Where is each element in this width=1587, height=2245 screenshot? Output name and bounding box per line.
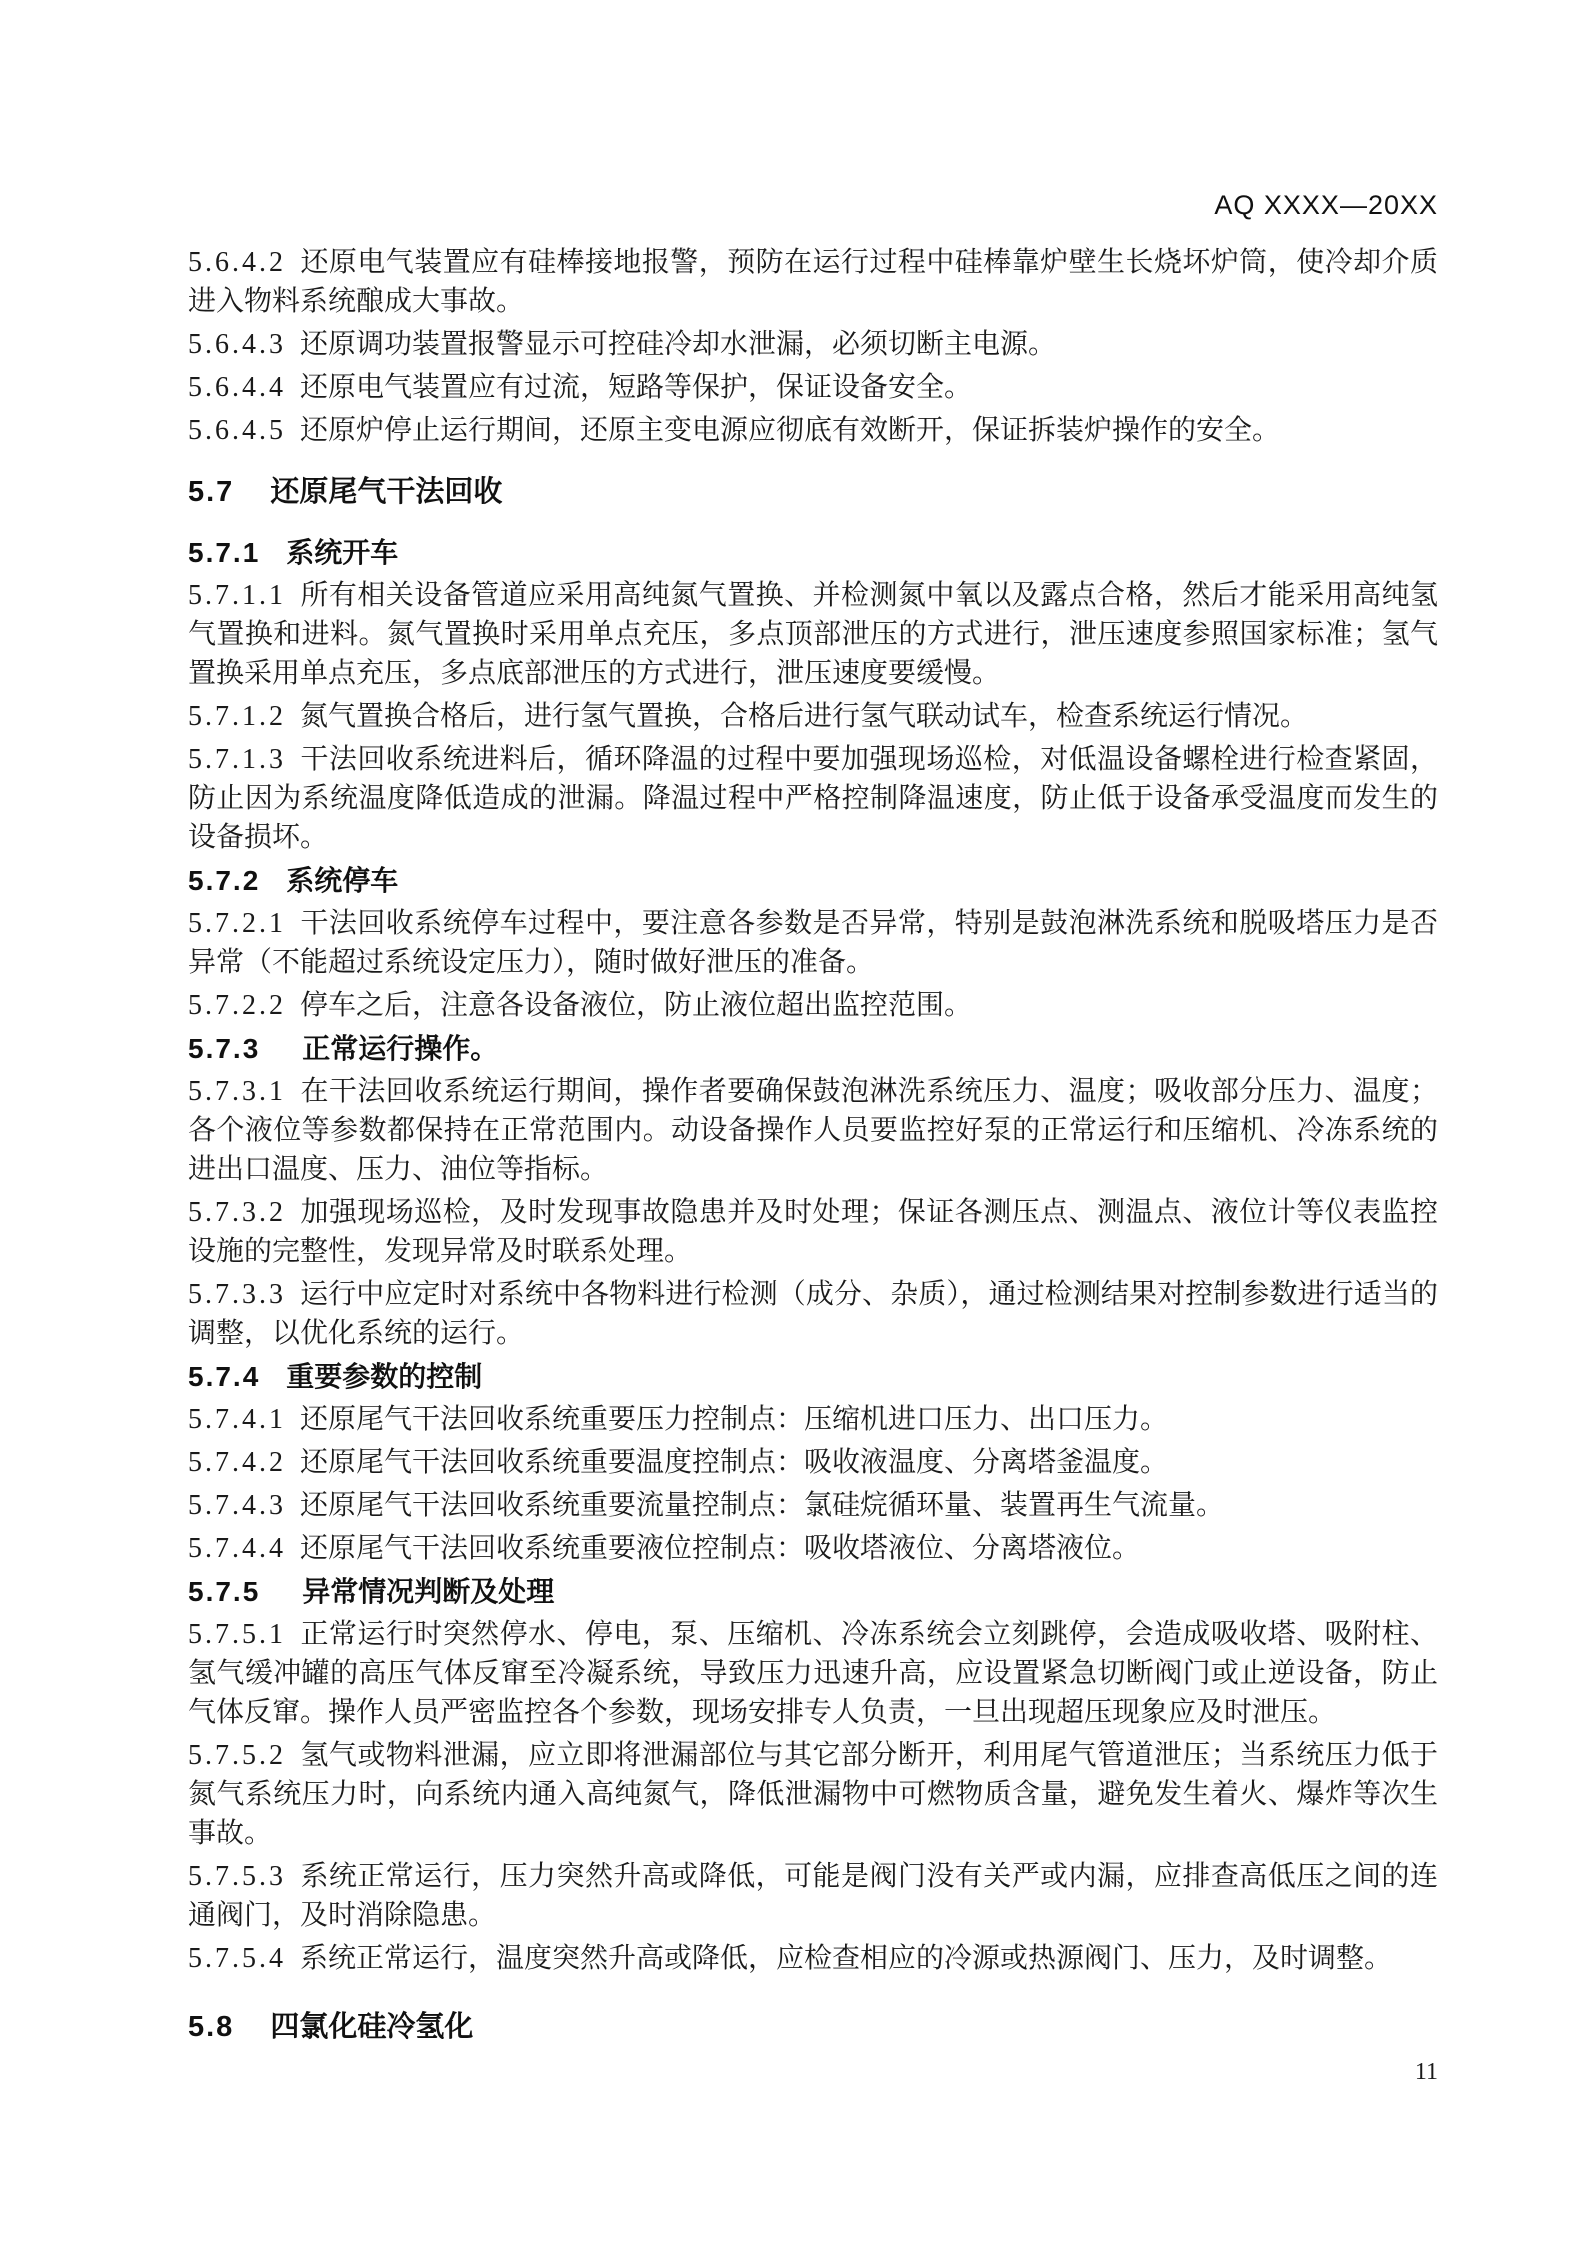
clause-number: 5.6.4.5 [188,415,286,446]
clause-paragraph: 5.7.5.3系统正常运行，压力突然升高或降低，可能是阀门没有关严或内漏，应排查… [188,1857,1438,1935]
clause-paragraph: 5.6.4.2还原电气装置应有硅棒接地报警，预防在运行过程中硅棒靠炉壁生长烧坏炉… [188,243,1438,321]
subsection-number: 5.7.5 [188,1576,260,1607]
clause-number: 5.7.4.4 [188,1533,286,1564]
subsection-title: 异常情况判断及处理 [302,1576,554,1607]
clause-paragraph: 5.7.3.2加强现场巡检，及时发现事故隐患并及时处理；保证各测压点、测温点、液… [188,1193,1438,1271]
subsection-number: 5.7.3 [188,1033,260,1064]
clause-number: 5.7.4.1 [188,1404,286,1435]
subsection-heading-5-7-1: 5.7.1系统开车 [188,533,1438,572]
subsection-number: 5.7.4 [188,1361,260,1392]
clause-paragraph: 5.7.5.2氢气或物料泄漏，应立即将泄漏部位与其它部分断开，利用尾气管道泄压；… [188,1736,1438,1853]
clause-number: 5.7.4.3 [188,1490,286,1521]
clause-paragraph: 5.7.3.3运行中应定时对系统中各物料进行检测（成分、杂质），通过检测结果对控… [188,1275,1438,1353]
clause-text: 氢气或物料泄漏，应立即将泄漏部位与其它部分断开，利用尾气管道泄压；当系统压力低于… [188,1740,1438,1849]
clause-paragraph: 5.7.2.1干法回收系统停车过程中，要注意各参数是否异常，特别是鼓泡淋洗系统和… [188,904,1438,982]
clause-number: 5.6.4.4 [188,372,286,403]
clause-number: 5.7.3.2 [188,1197,286,1228]
clause-text: 干法回收系统进料后，循环降温的过程中要加强现场巡检，对低温设备螺栓进行检查紧固，… [188,744,1438,853]
clause-text: 系统正常运行，压力突然升高或降低，可能是阀门没有关严或内漏，应排查高低压之间的连… [188,1861,1438,1931]
subsection-title: 系统开车 [286,537,398,568]
subsection-number: 5.7.1 [188,537,260,568]
section-number: 5.7 [188,476,234,508]
clause-number: 5.7.3.3 [188,1279,286,1310]
clause-text: 还原炉停止运行期间，还原主变电源应彻底有效断开，保证拆装炉操作的安全。 [300,415,1280,446]
clause-paragraph: 5.7.3.1在干法回收系统运行期间，操作者要确保鼓泡淋洗系统压力、温度；吸收部… [188,1072,1438,1189]
clause-number: 5.7.5.2 [188,1740,286,1771]
clause-text: 还原尾气干法回收系统重要压力控制点：压缩机进口压力、出口压力。 [300,1404,1168,1435]
clause-number: 5.7.3.1 [188,1076,286,1107]
clause-number: 5.7.5.1 [188,1619,286,1650]
clause-number: 5.6.4.2 [188,247,286,278]
section-title: 四氯化硅冷氢化 [270,2011,473,2043]
clause-text: 还原电气装置应有硅棒接地报警，预防在运行过程中硅棒靠炉壁生长烧坏炉筒，使冷却介质… [188,247,1438,317]
clause-paragraph: 5.6.4.5还原炉停止运行期间，还原主变电源应彻底有效断开，保证拆装炉操作的安… [188,411,1438,450]
clause-number: 5.7.4.2 [188,1447,286,1478]
clause-number: 5.7.1.2 [188,701,286,732]
clause-number: 5.7.5.3 [188,1861,286,1892]
subsection-title: 系统停车 [286,865,398,896]
clause-paragraph: 5.7.1.1所有相关设备管道应采用高纯氮气置换、并检测氮中氧以及露点合格，然后… [188,576,1438,693]
clause-paragraph: 5.7.2.2停车之后，注意各设备液位，防止液位超出监控范围。 [188,986,1438,1025]
clause-paragraph: 5.7.4.3还原尾气干法回收系统重要流量控制点：氯硅烷循环量、装置再生气流量。 [188,1486,1438,1525]
section-heading-5-8: 5.8四氯化硅冷氢化 [188,2008,1438,2047]
clause-text: 还原调功装置报警显示可控硅冷却水泄漏，必须切断主电源。 [300,329,1056,360]
clause-paragraph: 5.7.1.3干法回收系统进料后，循环降温的过程中要加强现场巡检，对低温设备螺栓… [188,740,1438,857]
clause-text: 正常运行时突然停水、停电，泵、压缩机、冷冻系统会立刻跳停，会造成吸收塔、吸附柱、… [188,1619,1438,1728]
clause-paragraph: 5.7.4.1还原尾气干法回收系统重要压力控制点：压缩机进口压力、出口压力。 [188,1400,1438,1439]
clause-paragraph: 5.7.5.4系统正常运行，温度突然升高或降低，应检查相应的冷源或热源阀门、压力… [188,1939,1438,1978]
clause-text: 氮气置换合格后，进行氢气置换，合格后进行氢气联动试车，检查系统运行情况。 [300,701,1308,732]
clause-paragraph: 5.7.4.4还原尾气干法回收系统重要液位控制点：吸收塔液位、分离塔液位。 [188,1529,1438,1568]
clause-text: 还原尾气干法回收系统重要液位控制点：吸收塔液位、分离塔液位。 [300,1533,1140,1564]
document-page: AQ XXXX—20XX 5.6.4.2还原电气装置应有硅棒接地报警，预防在运行… [0,0,1587,2245]
subsection-heading-5-7-2: 5.7.2系统停车 [188,861,1438,900]
clause-paragraph: 5.7.4.2还原尾气干法回收系统重要温度控制点：吸收液温度、分离塔釜温度。 [188,1443,1438,1482]
clause-paragraph: 5.7.5.1正常运行时突然停水、停电，泵、压缩机、冷冻系统会立刻跳停，会造成吸… [188,1615,1438,1732]
page-number: 11 [188,2059,1438,2086]
clause-text: 系统正常运行，温度突然升高或降低，应检查相应的冷源或热源阀门、压力，及时调整。 [300,1943,1392,1974]
clause-number: 5.7.1.1 [188,580,286,611]
section-title: 还原尾气干法回收 [270,476,502,508]
clause-text: 干法回收系统停车过程中，要注意各参数是否异常，特别是鼓泡淋洗系统和脱吸塔压力是否… [188,908,1438,978]
clause-paragraph: 5.6.4.3还原调功装置报警显示可控硅冷却水泄漏，必须切断主电源。 [188,325,1438,364]
clause-number: 5.6.4.3 [188,329,286,360]
clause-text: 运行中应定时对系统中各物料进行检测（成分、杂质），通过检测结果对控制参数进行适当… [188,1279,1438,1349]
clause-text: 还原尾气干法回收系统重要温度控制点：吸收液温度、分离塔釜温度。 [300,1447,1168,1478]
subsection-title: 重要参数的控制 [286,1361,482,1392]
section-heading-5-7: 5.7还原尾气干法回收 [188,473,1438,512]
clause-number: 5.7.2.1 [188,908,286,939]
clause-number: 5.7.2.2 [188,990,286,1021]
section-number: 5.8 [188,2011,234,2043]
clause-text: 加强现场巡检，及时发现事故隐患并及时处理；保证各测压点、测温点、液位计等仪表监控… [188,1197,1438,1267]
subsection-heading-5-7-3: 5.7.3正常运行操作。 [188,1029,1438,1068]
clause-paragraph: 5.6.4.4还原电气装置应有过流，短路等保护，保证设备安全。 [188,368,1438,407]
clause-number: 5.7.5.4 [188,1943,286,1974]
clause-text: 还原电气装置应有过流，短路等保护，保证设备安全。 [300,372,972,403]
subsection-heading-5-7-4: 5.7.4重要参数的控制 [188,1357,1438,1396]
clause-number: 5.7.1.3 [188,744,286,775]
clause-text: 停车之后，注意各设备液位，防止液位超出监控范围。 [300,990,972,1021]
document-body: 5.6.4.2还原电气装置应有硅棒接地报警，预防在运行过程中硅棒靠炉壁生长烧坏炉… [188,243,1438,2068]
subsection-heading-5-7-5: 5.7.5异常情况判断及处理 [188,1572,1438,1611]
subsection-number: 5.7.2 [188,865,260,896]
clause-text: 所有相关设备管道应采用高纯氮气置换、并检测氮中氧以及露点合格，然后才能采用高纯氢… [188,580,1438,689]
clause-text: 在干法回收系统运行期间，操作者要确保鼓泡淋洗系统压力、温度；吸收部分压力、温度；… [188,1076,1438,1185]
clause-paragraph: 5.7.1.2氮气置换合格后，进行氢气置换，合格后进行氢气联动试车，检查系统运行… [188,697,1438,736]
clause-text: 还原尾气干法回收系统重要流量控制点：氯硅烷循环量、装置再生气流量。 [300,1490,1224,1521]
standard-number-header: AQ XXXX—20XX [188,190,1438,221]
subsection-title: 正常运行操作。 [302,1033,498,1064]
